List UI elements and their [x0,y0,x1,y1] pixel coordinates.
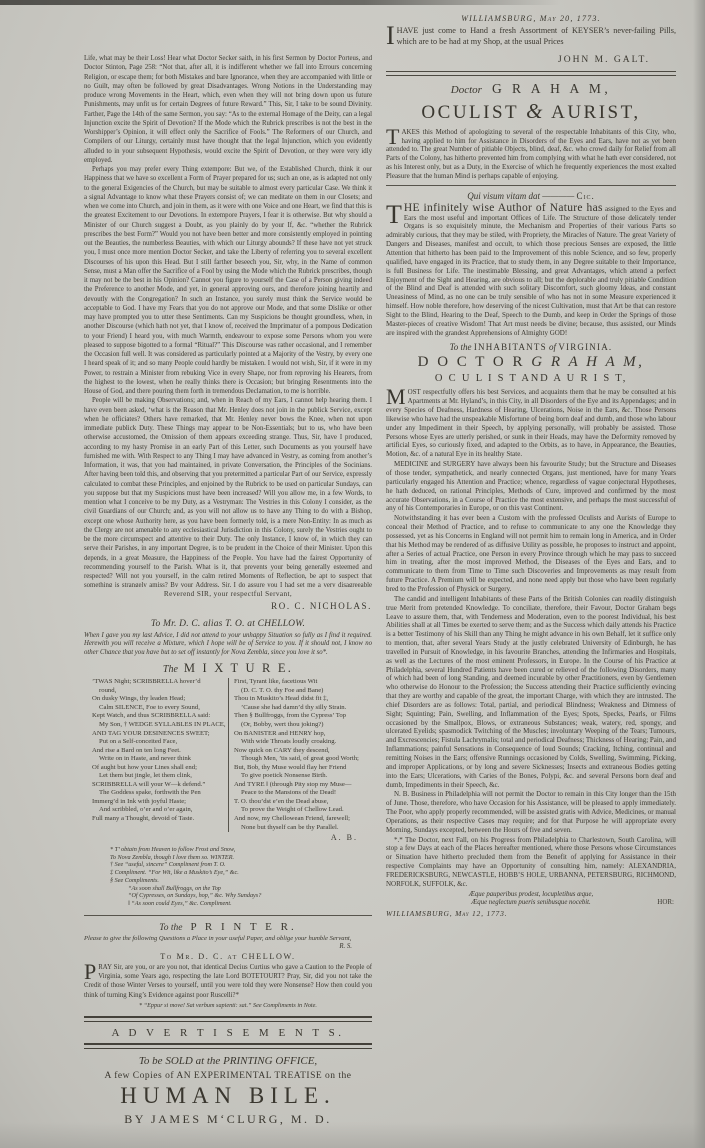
poem-line: Peace to the Mansions of the Dead! [234,789,372,798]
poem-line: The Goddess spake, forthwith the Pen [92,789,228,798]
letter-paragraph: People will be making Observations; and,… [84,396,372,587]
ad-sold-text: To be SOLD at the PRINTING OFFICE, [139,1055,317,1067]
printer-heading-main: P R I N T E R. [190,921,296,933]
heading-graham-name: G R A H A M, [492,81,611,96]
poem-line: (Or, Bobby, wert thou joking?) [234,721,372,730]
poem-line: Then § Bullfroggs, from the Cypress’ Top [234,712,372,721]
rule-above-ads [84,1016,372,1022]
latin-line-1: Æque pauperibus prodest, locupletibus æq… [386,891,676,899]
latin-couplet: Æque pauperibus prodest, locupletibus æq… [386,891,676,908]
address-paragraph-2: MEDICINE and SURGERY have always been hi… [386,460,676,513]
poem-line: And scribbled, o’er and o’er again, [92,806,228,815]
ad-sold-line: To be SOLD at the PRINTING OFFICE, [84,1055,372,1067]
signature-nicholas: RO. C. NICHOLAS. [84,601,372,611]
footnote-line: ‡ Compliment. “For Wit, like a Muskito’s… [110,869,372,877]
poem-line: Though Men, ’tis said, of great good Wor… [234,755,372,764]
footnote-line: “As soon shall Bullfroggs, on the Top [110,885,372,893]
address-paragraph-3: Notwithstanding it has ever been a Custo… [386,514,676,594]
motto-text: Qui visum vitam dat ———— [467,191,574,201]
poem-column-left: ’TWAS Night; SCRIBBRELLA hover’dround,On… [84,678,228,832]
mixture-title-the: The [163,664,178,675]
address-nota-bene: N. B. Business in Philadelphia will not … [386,790,676,834]
footnote-line: “Of Cypresses, on Sundays, hop,” &c. Why… [110,892,372,900]
graham-dateline: WILLIAMSBURG, May 12, 1773. [386,909,676,918]
poem-line: To prove the Weight of Chellow Lead. [234,806,372,815]
dropcap-T: T [386,204,404,224]
address-p1-text: OST respectfully offers his best Service… [386,388,676,458]
motto-attribution: Cic. [577,191,595,201]
ad-copies-line: A few Copies of AN EXPERIMENTAL TREATISE… [84,1071,372,1081]
heading-doctor-caps: D O C T O R [418,354,525,370]
dropcap-T: T [386,128,401,146]
footnote-line: § See Compliments. [110,877,372,885]
poem-line: Let them but jingle, let them clink, [92,772,228,781]
ad-byline-mcclurg: BY JAMES M‘CLURG, M. D. [84,1112,372,1127]
ampersand-glyph: & [526,99,545,123]
address-paragraph-4: The candid and intelligent Inhabitants o… [386,595,676,790]
graham-apology: TAKES this Method of apologizing to seve… [386,128,676,181]
poem-line: Kept Watch, and thus SCRIBBRELLA said: [92,712,228,721]
poem-line: Now quick on CARY they descend, [234,747,372,756]
scan-edge-artifact [0,0,560,5]
poem-line: ’Cause she had damn’d thy silly Strain. [234,704,372,713]
nature-essay: THE infinitely wise Author of Nature has… [386,204,676,338]
oculist-aurist-heading: OCULIST & AURIST, [386,99,676,124]
heading-graham-italic: G R A H A M, [531,354,644,370]
letter-paragraph: Perhaps you may prefer every Thing extem… [84,165,372,396]
galt-dateline-text: WILLIAMSBURG, May 20, 1773. [461,14,601,23]
poem-footnotes: * T’ obtain from Heaven to follow Frost … [110,846,372,908]
oculist-and-aurist-heading: O C U L I S T AND A U R I S T, [386,373,676,384]
printer-heading-to: To the [159,923,182,933]
poem-line: Write on in Haste, and never think [92,755,228,764]
poem-line: On BANISTER and HENRY hop, [234,730,372,739]
essay-body-text: assigned to the Eyes and Ears the most u… [386,205,676,337]
poem-line: On dusky Wings, thy leaden Head; [92,695,228,704]
poem-line: With wide Throats loudly croaking. [234,738,372,747]
poem-line: SCRIBBRELLA will your W—k defend.” [92,781,228,790]
graham-ad-heading: DoctorG R A H A M, [386,81,676,97]
printer-body: PRAY Sir, are you, or are you not, that … [84,963,372,1000]
poem-line: And now, my Chellowean Friend, farewell; [234,815,372,824]
printer-body-text: RAY Sir, are you, or are you not, that i… [84,964,372,999]
footnote-line: † See “useful, sincere” Compliment from … [110,861,372,869]
poem-line: (D. C. T. O. thy Foe and Bane) [234,687,372,696]
latin-motto: Qui visum vitam dat ———— Cic. [386,185,676,201]
footnote-line: * T’ obtain from Heaven to follow Frost … [110,846,372,854]
advertisements-heading: A D V E R T I S E M E N T S. [84,1027,372,1039]
footnote-line: ‖ “As soon could Eyes,” &c. Compliment. [110,900,372,908]
poem-line: Put on a Self-conceited Face, [92,738,228,747]
mixture-title-main: M I X T U R E. [184,661,293,675]
letter-to-reverend: Life, what may be their Loss! Hear what … [84,54,372,587]
dropcap-I: I [386,25,397,45]
galt-dateline: WILLIAMSBURG, May 20, 1773. [386,14,676,23]
letter-paragraph: Life, what may be their Loss! Hear what … [84,54,372,165]
poem-line: Full many a Thought, devoid of Taste. [92,815,228,824]
chellow-letter-heading: To Mr. D. C. alias T. O. at CHELLOW. [84,619,372,629]
dropcap-M: M [386,388,408,406]
chellow-subheading: To Mr. D. C. at CHELLOW. [84,952,372,961]
heading-doctor-word: Doctor [451,84,482,96]
printer-intro: Please to give the following Questions a… [84,935,372,943]
poem-line: T. O. thou’dst e’en the Dead abuse, [234,798,372,807]
address-paragraph-1: MOST respectfully offers his best Servic… [386,388,676,459]
poem-line: And rise a Bard on ten long Feet. [92,747,228,756]
graham-apology-text: AKES this Method of apologizing to sever… [386,128,676,180]
page-fold-shadow [693,0,705,1148]
to-line-of: of [549,342,556,352]
poem-line: But, Bob, thy Muse would flay her Friend [234,764,372,773]
graham-dateline-text: WILLIAMSBURG, May 12, 1773. [386,909,507,918]
poem-signature: A. B. [84,833,372,842]
printer-letter-heading: To theP R I N T E R. [84,915,372,933]
dropcap-P: P [84,963,98,981]
poem-line: First, Tyrant like, facetious Wit [234,678,372,687]
poem-line: Calm SILENCE, Foe to every Sound, [92,704,228,713]
chellow-heading-text: To Mr. D. C. alias T. O. at CHELLOW. [151,619,305,629]
printer-intro-signature: R. S. [84,943,372,950]
to-line-pre: To the [450,342,472,352]
chellow-intro: When I gave you my last Advice, I did no… [84,632,372,657]
poem-line: To give poetick Nonsense Birth. [234,772,372,781]
address-progress-note: *.* The Doctor, next Fall, on his Progre… [386,836,676,889]
signature-galt: JOHN M. GALT. [386,55,676,65]
poem-line: AND TAG YOUR DESINENCES SWEET; [92,730,228,739]
to-line-inhabitants: INHABITANTS [474,342,547,352]
poem-line: None but thyself can be thy Parallel. [234,824,372,833]
rule-under-galt [386,71,676,76]
to-line-virginia: VIRGINIA. [558,342,612,352]
mixture-poem: ’TWAS Night; SCRIBBRELLA hover’dround,On… [84,678,372,832]
poem-line: ’TWAS Night; SCRIBBRELLA hover’d [92,678,228,687]
poem-line: And TYRE ‖ (through Pity stop my Muse— [234,781,372,790]
heading-aurist: AURIST, [551,102,640,123]
horace-attribution: HOR: [657,898,674,906]
poem-line: Thou in Muskito’s Head didst fit ‡, [234,695,372,704]
left-column: Life, what may be their Loss! Hear what … [84,54,372,1148]
letter-closing: Reverend SIR, your respectful Servant, [84,590,372,598]
galt-notice: IHAVE just come to Hand a fresh Assortme… [386,25,676,47]
heading-oculist: OCULIST [421,102,518,123]
poem-line: Of aught but how your Lines shall end; [92,764,228,773]
printer-footnote: * “Eppur si move! Sat verbum sapienti: s… [84,1002,372,1009]
newspaper-page-scan: { "colors": { "paper": "#cac9c3", "ink":… [0,0,705,1148]
essay-lead-line: HE infinitely wise Author of Nature has [404,202,603,214]
right-column: WILLIAMSBURG, May 20, 1773. IHAVE just c… [386,14,676,1086]
poem-column-right: First, Tyrant like, facetious Wit(D. C. … [228,678,372,832]
mixture-title: TheM I X T U R E. [84,661,372,676]
rule-below-ads [84,1043,372,1049]
galt-body-text: HAVE just come to Hand a fresh Assortmen… [397,26,676,46]
poem-line: round, [92,687,228,696]
to-inhabitants-line: To the INHABITANTS of VIRGINIA. [386,342,676,352]
poem-line: My Son, † WEDGE SYLLABLES IN PLACE, [92,721,228,730]
latin-line-2: Æque neglectum pueris senibusque nocebit… [386,899,676,907]
poem-line: Immerg’d in Ink with joyful Haste; [92,798,228,807]
footnote-line: To Nova Zembla, though I love them so. W… [110,854,372,862]
ad-human-bile-title: HUMAN BILE. [84,1083,372,1109]
doctor-graham-heading: D O C T O R G R A H A M, [386,354,676,371]
